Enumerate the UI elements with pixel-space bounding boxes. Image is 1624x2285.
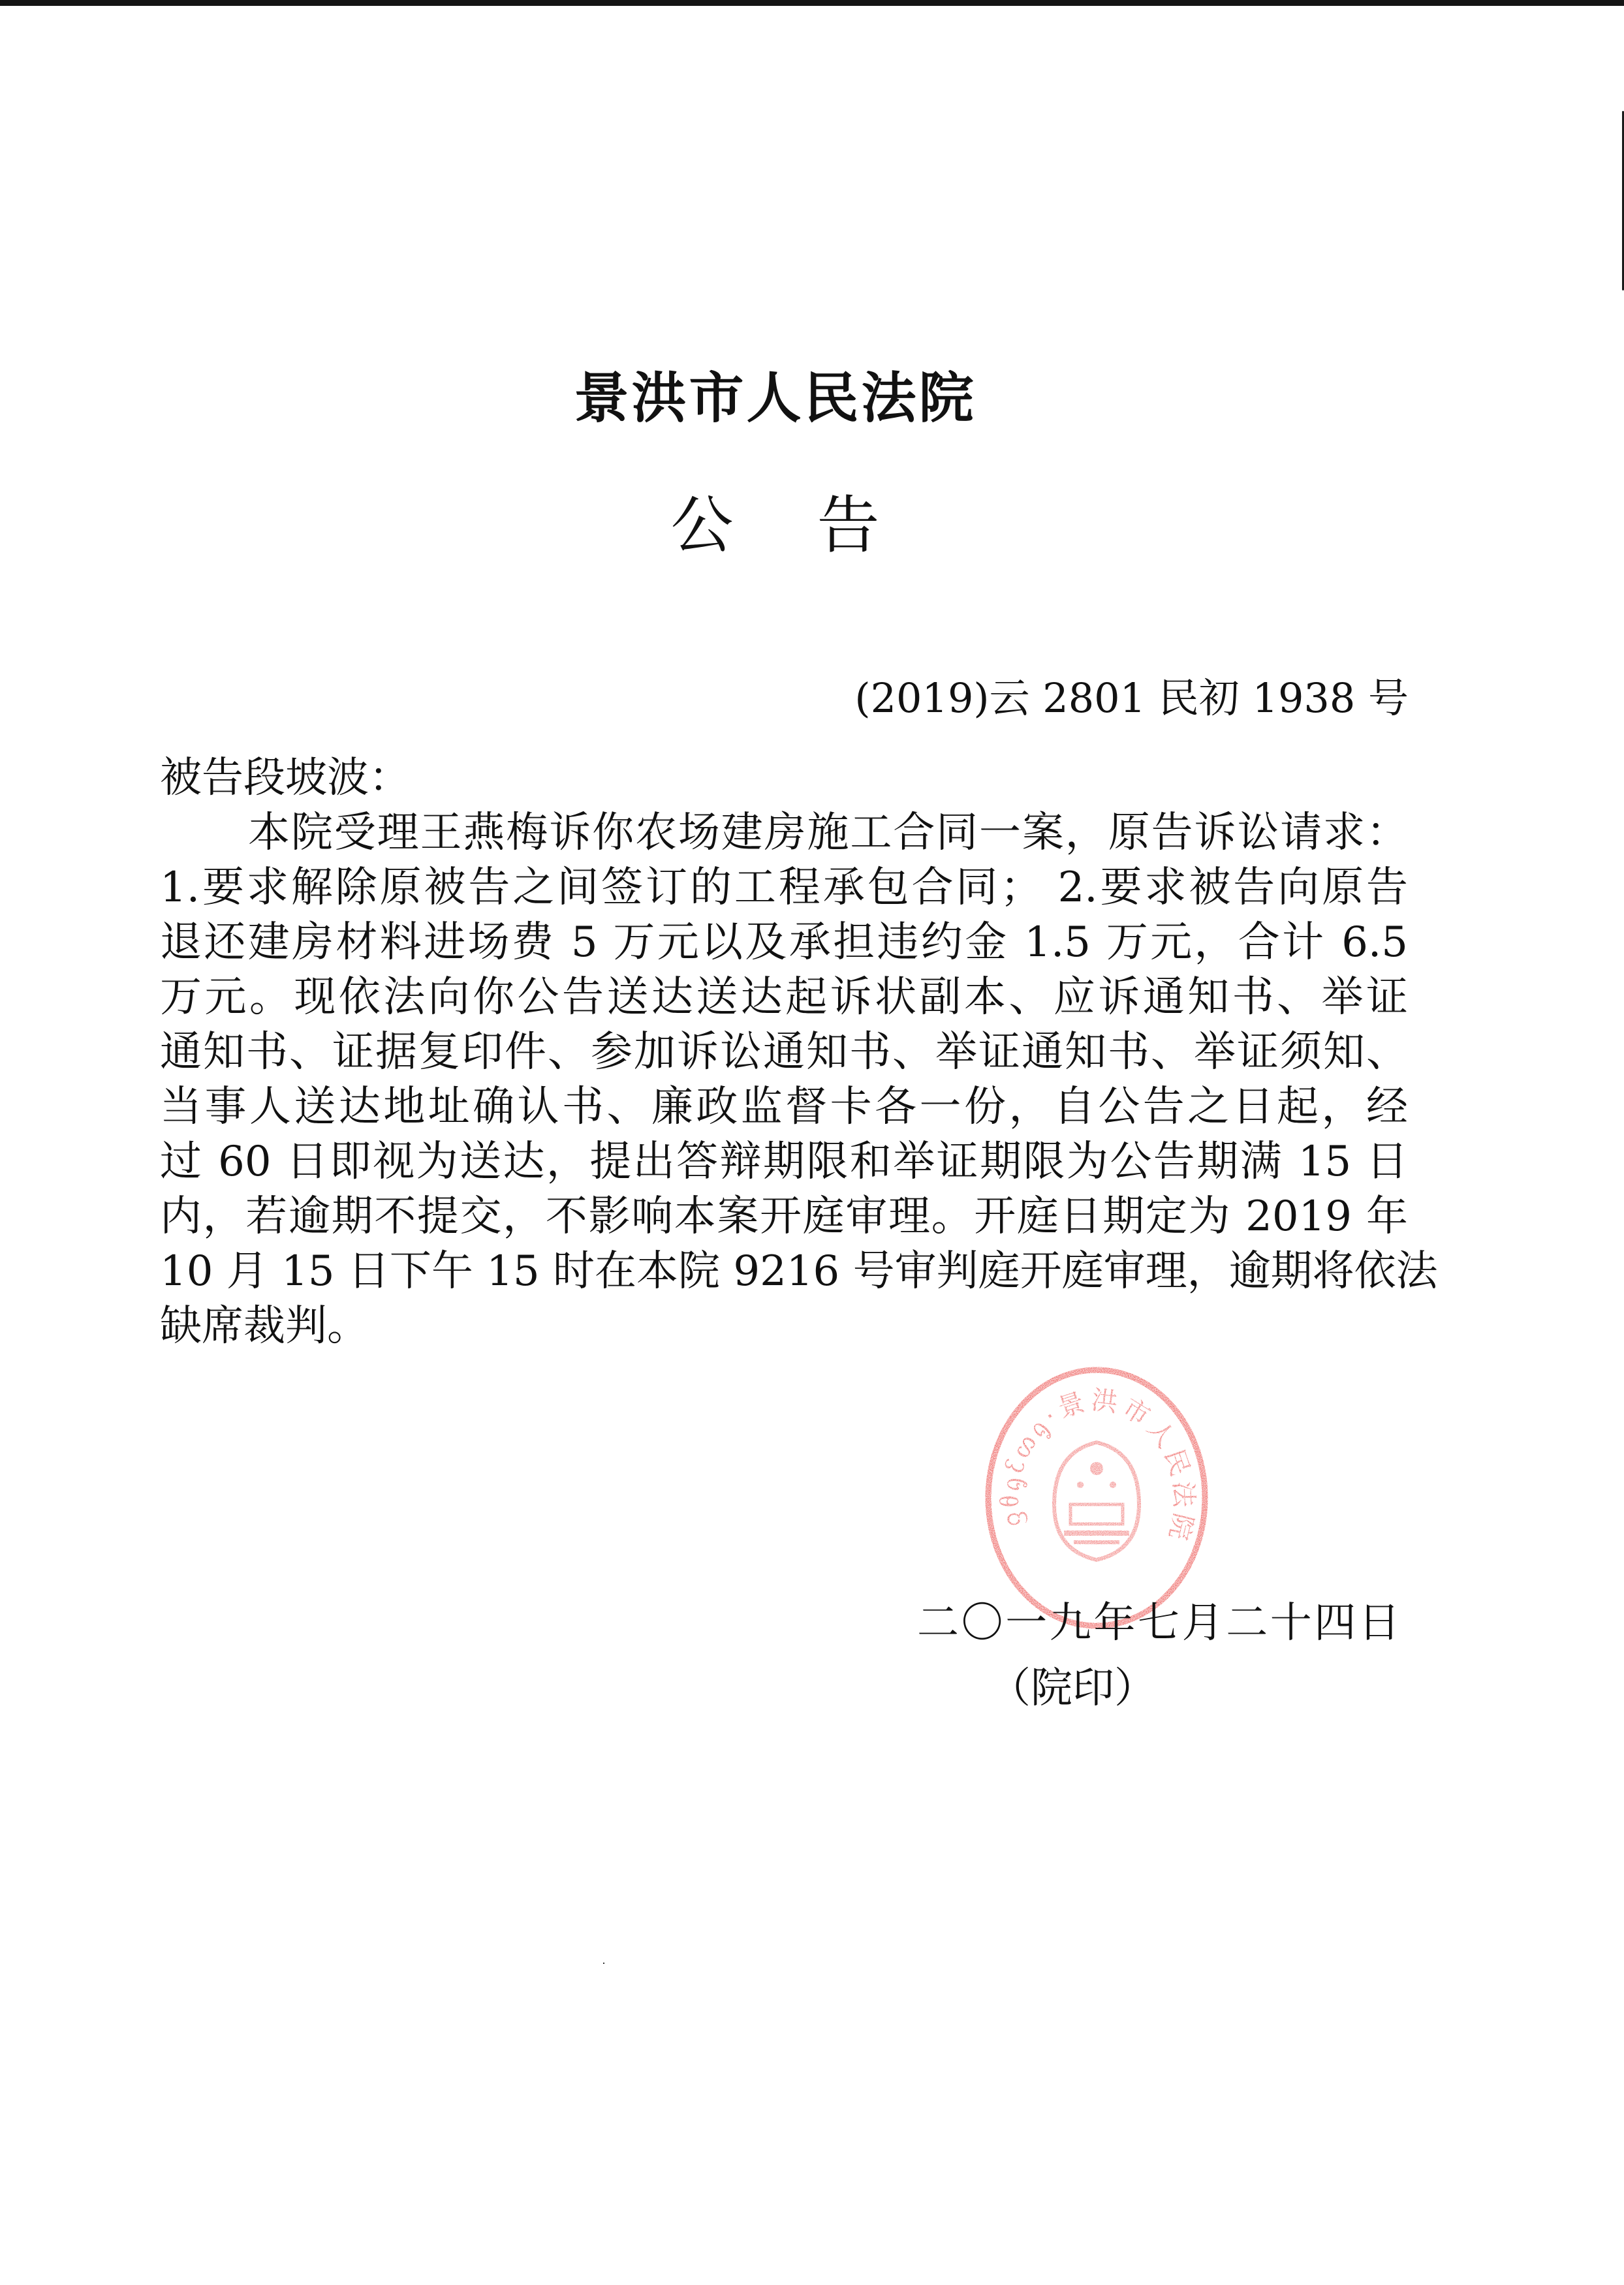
issue-date: 二〇一九年七月二十四日 bbox=[917, 1596, 1400, 1651]
court-name-heading: 景洪市人民法院 bbox=[0, 362, 1550, 434]
addressee: 被告段坡波： bbox=[160, 751, 411, 805]
body-line: 内，若逾期不提交，不影响本案开庭审理。开庭日期定为 2019 年 bbox=[160, 1189, 1408, 1244]
document-type-char: 告 bbox=[817, 486, 880, 565]
scan-speck bbox=[603, 1963, 604, 1964]
body-line: 过 60 日即视为送达，提出答辩期限和举证期限为公告期满 15 日 bbox=[160, 1134, 1408, 1189]
body-line: 退还建房材料进场费 5 万元以及承担违约金 1.5 万元，合计 6.5 bbox=[160, 915, 1408, 970]
body-line: 通知书、证据复印件、参加诉讼通知书、举证通知书、举证须知、 bbox=[160, 1025, 1408, 1080]
body-line: 10 月 15 日下午 15 时在本院 9216 号审判庭开庭审理，逾期将依法 bbox=[160, 1244, 1408, 1299]
body-line: 本院受理王燕梅诉你农场建房施工合同一案，原告诉讼请求： bbox=[160, 805, 1408, 860]
svg-text:ᦵᦋᦲᧂᦷᦠᧂ·景洪市人民法院: ᦵᦋᦲᧂᦷᦠᧂ·景洪市人民法院 bbox=[982, 1364, 1199, 1547]
body-line: 当事人送达地址确认书、廉政监督卡各一份，自公告之日起，经 bbox=[160, 1080, 1408, 1134]
court-seal-icon: ᦵᦋᦲᧂᦷᦠᧂ·景洪市人民法院 bbox=[982, 1364, 1211, 1632]
body-line: 缺席裁判。 bbox=[160, 1299, 1408, 1354]
document-type-char: 公 bbox=[671, 486, 734, 565]
body-line: 1.要求解除原被告之间签订的工程承包合同； 2.要求被告向原告 bbox=[160, 860, 1408, 915]
body-line: 万元。现依法向你公告送达送达起诉状副本、应诉通知书、举证 bbox=[160, 970, 1408, 1025]
case-number: (2019)云 2801 民初 1938 号 bbox=[854, 672, 1409, 724]
seal-label: （院印） bbox=[989, 1661, 1156, 1716]
document-type-heading: 公告 bbox=[0, 486, 1550, 565]
notice-body: 本院受理王燕梅诉你农场建房施工合同一案，原告诉讼请求： 1.要求解除原被告之间签… bbox=[160, 805, 1408, 1354]
scan-top-edge bbox=[0, 0, 1624, 6]
